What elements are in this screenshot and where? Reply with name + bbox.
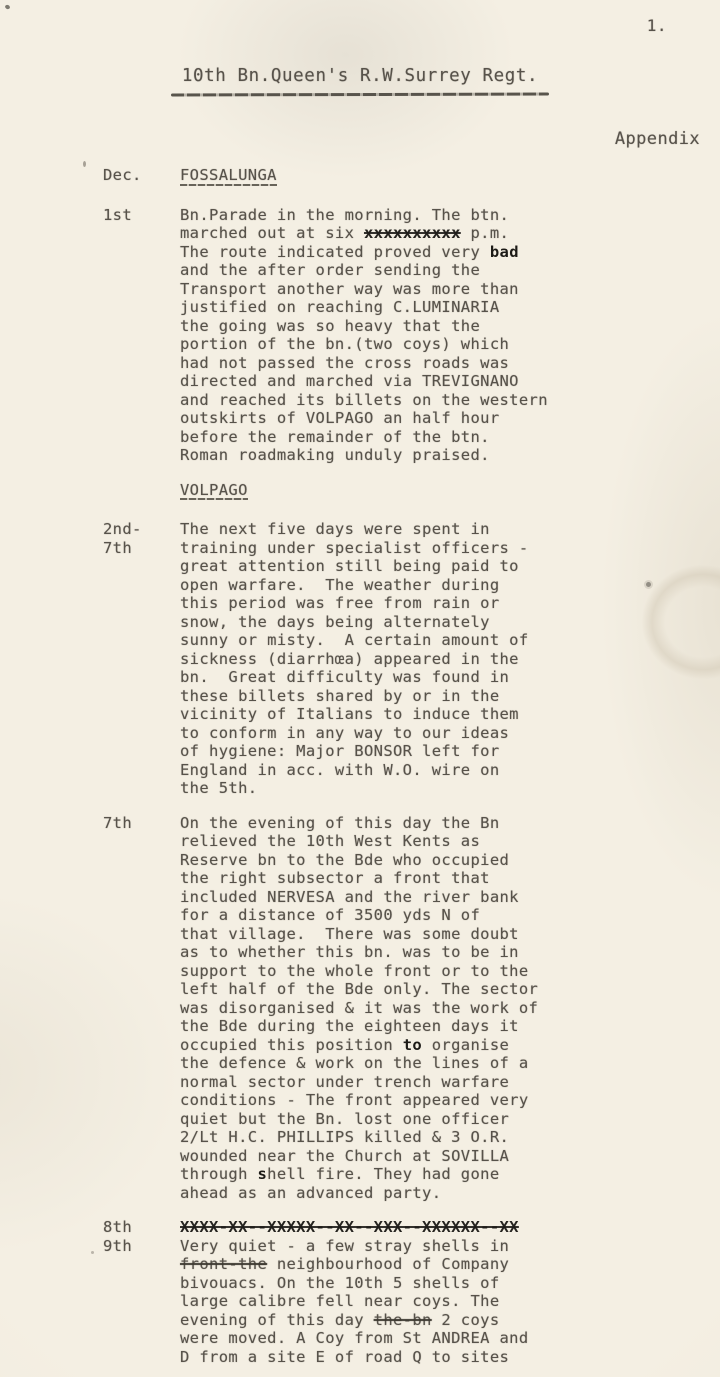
typed-text: On the evening of this day the Bn [180, 814, 500, 832]
entry-line: these billets shared by or in the [180, 687, 603, 706]
typed-text: support to the whole front or to the [180, 962, 529, 980]
entry-line: quiet but the Bn. lost one officer [180, 1110, 603, 1129]
typed-text: outskirts of VOLPAGO an half hour [180, 409, 500, 427]
typed-text: included NERVESA and the river bank [180, 888, 519, 906]
diary-entry: 1stBn.Parade in the morning. The btn.mar… [103, 206, 603, 465]
typed-text: D from a site E of road Q to sites [180, 1348, 509, 1366]
entry-line: was disorganised & it was the work of [180, 999, 603, 1018]
typed-text: had not passed the cross roads was [180, 354, 509, 372]
typed-text: England in acc. with W.O. wire on [180, 761, 500, 779]
page-number: 1. [647, 16, 667, 35]
typed-text: 2 coys [432, 1311, 500, 1329]
typed-text: of hygiene: Major BONSOR left for [180, 742, 500, 760]
entry-line: sunny or misty. A certain amount of [180, 631, 603, 650]
typed-text: through [180, 1165, 257, 1183]
entry-line: this period was free from rain or [180, 594, 603, 613]
paper-speck [4, 4, 10, 10]
entry-line: bivouacs. On the 10th 5 shells of [180, 1274, 603, 1293]
typed-text: open warfare. The weather during [180, 576, 500, 594]
paper-speck [83, 161, 86, 167]
title-block: 10th Bn.Queen's R.W.Surrey Regt. [0, 66, 720, 96]
typed-text: left half of the Bde only. The sector [180, 980, 538, 998]
typed-text: Reserve bn to the Bde who occupied [180, 851, 509, 869]
typed-text: and reached its billets on the western [180, 391, 548, 409]
typed-correction: the-bn [374, 1311, 432, 1329]
typed-text: and the after order sending the [180, 261, 480, 279]
typed-text: sickness (diarrhœa) appeared in the [180, 650, 519, 668]
typed-text: The next five days were spent in [180, 520, 490, 538]
entry-line: Bn.Parade in the morning. The btn. [180, 206, 603, 225]
typed-text: the 5th. [180, 779, 257, 797]
entry-line: and the after order sending the [180, 261, 603, 280]
entry-line: to conform in any way to our ideas [180, 724, 603, 743]
diary-entry: 2nd-7thThe next five days were spent int… [103, 520, 603, 798]
typed-text: to conform in any way to our ideas [180, 724, 509, 742]
typed-text: this period was free from rain or [180, 594, 500, 612]
typed-correction: xxxxxxxxxx [364, 224, 461, 242]
entry-line: left half of the Bde only. The sector [180, 980, 603, 999]
entry-line: Transport another way was more than [180, 280, 603, 299]
typed-text: conditions - The front appeared very [180, 1091, 529, 1109]
entry-body: Bn.Parade in the morning. The btn.marche… [180, 206, 603, 465]
typed-text: justified on reaching C.LUMINARIA [180, 298, 500, 316]
entry-line: had not passed the cross roads was [180, 354, 603, 373]
entry-line: the defence & work on the lines of a [180, 1054, 603, 1073]
paper-speck [646, 582, 651, 587]
typed-correction: bad [490, 243, 519, 261]
appendix-label: Appendix [615, 129, 700, 149]
entry-line: large calibre fell near coys. The [180, 1292, 603, 1311]
diary-entries: Dec.FOSSALUNGA1stBn.Parade in the mornin… [103, 166, 603, 1377]
entry-date-line: 9th [103, 1237, 180, 1256]
entry-line: that village. There was some doubt [180, 925, 603, 944]
entry-line: the right subsector a front that [180, 869, 603, 888]
section-heading-row: VOLPAGO [103, 481, 603, 501]
typed-text: p.m. [461, 224, 509, 242]
entry-line: front-the neighbourhood of Company [180, 1255, 603, 1274]
typed-text: the right subsector a front that [180, 869, 490, 887]
typed-correction: to [403, 1036, 422, 1054]
typed-text: for a distance of 3500 yds N of [180, 906, 480, 924]
entry-line: before the remainder of the btn. [180, 428, 603, 447]
typed-text: snow, the days being alternately [180, 613, 490, 631]
entry-line: the Bde during the eighteen days it [180, 1017, 603, 1036]
typed-text: Very quiet - a few stray shells in [180, 1237, 509, 1255]
typed-text: organise [422, 1036, 509, 1054]
entry-line: Roman roadmaking unduly praised. [180, 446, 603, 465]
entry-line: as to whether this bn. was to be in [180, 943, 603, 962]
typed-text: ahead as an advanced party. [180, 1184, 441, 1202]
embossed-seal [628, 552, 720, 692]
typed-correction: s [257, 1165, 267, 1183]
typed-text: Bn.Parade in the morning. The btn. [180, 206, 509, 224]
entry-line: Reserve bn to the Bde who occupied [180, 851, 603, 870]
entry-line: 2/Lt H.C. PHILLIPS killed & 3 O.R. [180, 1128, 603, 1147]
entry-line: the 5th. [180, 779, 603, 798]
entry-line: England in acc. with W.O. wire on [180, 761, 603, 780]
typed-text: Roman roadmaking unduly praised. [180, 446, 490, 464]
typed-text: marched out at six [180, 224, 364, 242]
entry-line: open warfare. The weather during [180, 576, 603, 595]
typed-text: training under specialist officers - [180, 539, 529, 557]
entry-date: 7th [103, 814, 180, 833]
typed-text: sunny or misty. A certain amount of [180, 631, 529, 649]
section-heading-row: Dec.FOSSALUNGA [103, 166, 603, 186]
page-title: 10th Bn.Queen's R.W.Surrey Regt. [182, 66, 538, 86]
entry-line: portion of the bn.(two coys) which [180, 335, 603, 354]
section-heading: VOLPAGO [180, 481, 248, 501]
typed-text: before the remainder of the btn. [180, 428, 490, 446]
typed-text: occupied this position [180, 1036, 403, 1054]
entry-line: occupied this position to organise [180, 1036, 603, 1055]
typed-text: quiet but the Bn. lost one officer [180, 1110, 509, 1128]
entry-line: through shell fire. They had gone [180, 1165, 603, 1184]
typed-text: the defence & work on the lines of a [180, 1054, 529, 1072]
typed-text: great attention still being paid to [180, 557, 519, 575]
entry-date-line: 2nd- [103, 520, 180, 539]
typed-text: wounded near the Church at SOVILLA [180, 1147, 509, 1165]
entry-date-line: 7th [103, 539, 180, 558]
typed-text: the Bde during the eighteen days it [180, 1017, 519, 1035]
entry-line: justified on reaching C.LUMINARIA [180, 298, 603, 317]
entry-body: The next five days were spent intraining… [180, 520, 603, 798]
title-underline [171, 93, 549, 97]
entry-line: normal sector under trench warfare [180, 1073, 603, 1092]
typed-text: large calibre fell near coys. The [180, 1292, 500, 1310]
entry-line: great attention still being paid to [180, 557, 603, 576]
typed-text: that village. There was some doubt [180, 925, 519, 943]
typed-text: evening of this day [180, 1311, 374, 1329]
entry-line: bn. Great difficulty was found in [180, 668, 603, 687]
typed-text: vicinity of Italians to induce them [180, 705, 519, 723]
entry-line: The route indicated proved very bad [180, 243, 603, 262]
entry-line: relieved the 10th West Kents as [180, 832, 603, 851]
typed-text: normal sector under trench warfare [180, 1073, 509, 1091]
entry-date: 8th9th [103, 1218, 180, 1255]
typed-text: the going was so heavy that the [180, 317, 480, 335]
entry-line: outskirts of VOLPAGO an half hour [180, 409, 603, 428]
entry-line: snow, the days being alternately [180, 613, 603, 632]
entry-date: 2nd-7th [103, 520, 180, 557]
typed-text: neighbourhood of Company [267, 1255, 509, 1273]
entry-line: for a distance of 3500 yds N of [180, 906, 603, 925]
entry-line: were moved. A Coy from St ANDREA and [180, 1329, 603, 1348]
entry-line: directed and marched via TREVIGNANO [180, 372, 603, 391]
typed-correction: XXXX-XX--XXXXX--XX--XXX--XXXXXX--XX [180, 1218, 519, 1236]
entry-line: included NERVESA and the river bank [180, 888, 603, 907]
entry-line: training under specialist officers - [180, 539, 603, 558]
month-label: Dec. [103, 166, 180, 185]
document-page: 1. 10th Bn.Queen's R.W.Surrey Regt. Appe… [0, 0, 720, 1377]
entry-body: On the evening of this day the Bnrelieve… [180, 814, 603, 1203]
diary-entry: 8th9thXXXX-XX--XXXXX--XX--XXX--XXXXXX--X… [103, 1218, 603, 1366]
typed-text: as to whether this bn. was to be in [180, 943, 519, 961]
entry-line: Very quiet - a few stray shells in [180, 1237, 603, 1256]
entry-line: evening of this day the-bn 2 coys [180, 1311, 603, 1330]
typed-text: directed and marched via TREVIGNANO [180, 372, 519, 390]
entry-line: conditions - The front appeared very [180, 1091, 603, 1110]
entry-line: D from a site E of road Q to sites [180, 1348, 603, 1367]
typed-text: relieved the 10th West Kents as [180, 832, 480, 850]
entry-body: XXXX-XX--XXXXX--XX--XXX--XXXXXX--XXVery … [180, 1218, 603, 1366]
entry-date-line: 1st [103, 206, 180, 225]
typed-text: Transport another way was more than [180, 280, 519, 298]
entry-line: vicinity of Italians to induce them [180, 705, 603, 724]
entry-line: of hygiene: Major BONSOR left for [180, 742, 603, 761]
entry-date-line: 7th [103, 814, 180, 833]
typed-text: 2/Lt H.C. PHILLIPS killed & 3 O.R. [180, 1128, 509, 1146]
typed-text: hell fire. They had gone [267, 1165, 499, 1183]
entry-line: the going was so heavy that the [180, 317, 603, 336]
entry-line: marched out at six xxxxxxxxxx p.m. [180, 224, 603, 243]
section-heading: FOSSALUNGA [180, 166, 277, 186]
typed-text: bivouacs. On the 10th 5 shells of [180, 1274, 500, 1292]
paper-speck [91, 1251, 94, 1254]
entry-line: XXXX-XX--XXXXX--XX--XXX--XXXXXX--XX [180, 1218, 603, 1237]
entry-date: 1st [103, 206, 180, 225]
typed-text: was disorganised & it was the work of [180, 999, 538, 1017]
entry-line: ahead as an advanced party. [180, 1184, 603, 1203]
entry-line: On the evening of this day the Bn [180, 814, 603, 833]
typed-text: The route indicated proved very [180, 243, 490, 261]
typed-correction: front-the [180, 1255, 267, 1273]
typed-text: portion of the bn.(two coys) which [180, 335, 509, 353]
entry-date-line: 8th [103, 1218, 180, 1237]
entry-line: and reached its billets on the western [180, 391, 603, 410]
entry-line: sickness (diarrhœa) appeared in the [180, 650, 603, 669]
typed-text: bn. Great difficulty was found in [180, 668, 509, 686]
entry-line: support to the whole front or to the [180, 962, 603, 981]
entry-line: wounded near the Church at SOVILLA [180, 1147, 603, 1166]
entry-line: The next five days were spent in [180, 520, 603, 539]
typed-text: were moved. A Coy from St ANDREA and [180, 1329, 529, 1347]
typed-text: these billets shared by or in the [180, 687, 500, 705]
diary-entry: 7thOn the evening of this day the Bnreli… [103, 814, 603, 1203]
